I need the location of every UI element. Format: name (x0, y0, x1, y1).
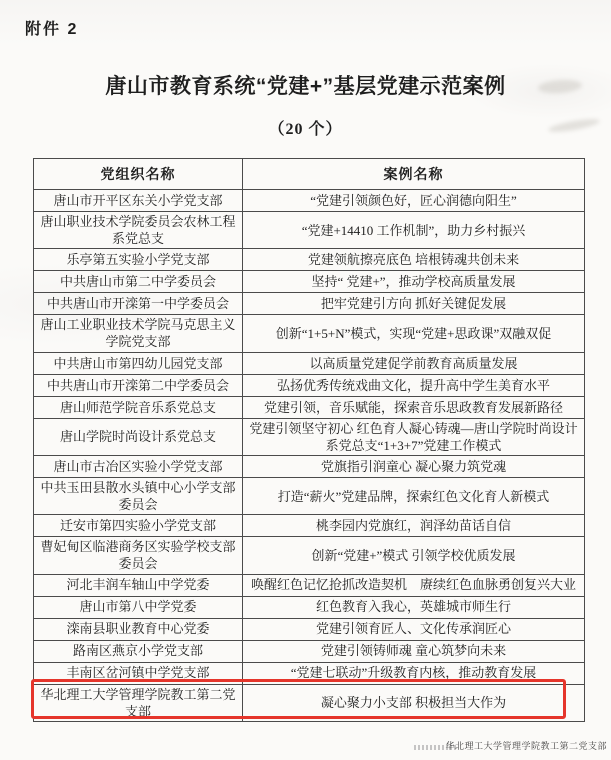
cases-table: 党组织名称 案例名称 唐山市开平区东关小学党支部“党建引领颜色好，匠心润德向阳生… (33, 158, 585, 722)
org-name-cell: 中共唐山市第四幼儿园党支部 (34, 352, 243, 374)
org-name-cell: 华北理工大学管理学院教工第二党支部 (34, 684, 243, 721)
table-row: 唐山职业技术学院委员会农林工程系党总支“党建+14410 工作机制”，助力乡村振… (34, 212, 585, 249)
case-name-cell: 创新“党建+”模式 引领学校优质发展 (243, 537, 585, 574)
table-row: 唐山工业职业技术学院马克思主义学院党支部创新“1+5+N”模式，实现“党建+思政… (34, 315, 585, 352)
org-name-cell: 路南区燕京小学党支部 (34, 640, 243, 662)
org-name-cell: 唐山师范学院音乐系党总支 (34, 396, 243, 418)
org-name-cell: 中共唐山市开滦第二中学委员会 (34, 374, 243, 396)
page-title: 唐山市教育系统“党建+”基层党建示范案例 (0, 70, 611, 100)
table-row: 中共玉田县散水头镇中心小学支部委员会打造“薪火”党建品牌，探索红色文化育人新模式 (34, 477, 585, 514)
org-name-cell: 唐山市第八中学党委 (34, 596, 243, 618)
case-name-cell: “党建引领颜色好，匠心润德向阳生” (243, 190, 585, 212)
table-row: 中共唐山市第四幼儿园党支部以高质量党建促学前教育高质量发展 (34, 352, 585, 374)
case-name-cell: 党旗指引润童心 凝心聚力筑党魂 (243, 455, 585, 477)
case-name-cell: 党建引领，音乐赋能，探索音乐思政教育发展新路径 (243, 396, 585, 418)
table-row: 乐亭第五实验小学党支部党建领航擦亮底色 培根铸魂共创未来 (34, 249, 585, 271)
table-row: 唐山师范学院音乐系党总支党建引领，音乐赋能，探索音乐思政教育发展新路径 (34, 396, 585, 418)
page-subtitle: （20 个） (0, 116, 611, 139)
org-name-cell: 滦南县职业教育中心党委 (34, 618, 243, 640)
org-name-cell: 中共唐山市第二中学委员会 (34, 271, 243, 293)
case-name-header: 案例名称 (243, 159, 585, 190)
attachment-label: 附件 2 (25, 16, 78, 39)
org-name-cell: 丰南区岔河镇中学党支部 (34, 662, 243, 684)
footer-watermark: 华北理工大学管理学院教工第二党支部 (445, 739, 607, 752)
case-name-cell: 凝心聚力小支部 积极担当大作为 (243, 684, 585, 721)
table-row: 唐山市开平区东关小学党支部“党建引领颜色好，匠心润德向阳生” (34, 190, 585, 212)
table-row: 中共唐山市第二中学委员会坚持“ 党建+”，推动学校高质量发展 (34, 271, 585, 293)
table-body: 唐山市开平区东关小学党支部“党建引领颜色好，匠心润德向阳生”唐山职业技术学院委员… (34, 190, 585, 722)
table-row: 滦南县职业教育中心党委党建引领育匠人、文化传承润匠心 (34, 618, 585, 640)
case-name-cell: 把牢党建引方向 抓好关键促发展 (243, 293, 585, 315)
org-name-cell: 乐亭第五实验小学党支部 (34, 249, 243, 271)
case-name-cell: 创新“1+5+N”模式，实现“党建+思政课”双融双促 (243, 315, 585, 352)
org-name-cell: 中共唐山市开滦第一中学委员会 (34, 293, 243, 315)
org-name-cell: 唐山市古冶区实验小学党支部 (34, 455, 243, 477)
case-name-cell: “党建七联动”升级教育内核，推动教育发展 (243, 662, 585, 684)
case-name-cell: 党建引领坚守初心 红色育人凝心铸魂—唐山学院时尚设计系党总支“1+3+7”党建工… (243, 418, 585, 455)
case-name-cell: “党建+14410 工作机制”，助力乡村振兴 (243, 212, 585, 249)
org-name-cell: 河北丰润车轴山中学党委 (34, 574, 243, 596)
table-row-highlighted: 华北理工大学管理学院教工第二党支部凝心聚力小支部 积极担当大作为 (34, 684, 585, 721)
case-name-cell: 红色教育入我心，英雄城市师生行 (243, 596, 585, 618)
case-name-cell: 桃李园内党旗红，润泽幼苗话自信 (243, 515, 585, 537)
table-row: 河北丰润车轴山中学党委唤醒红色记忆抢抓改造契机 赓续红色血脉勇创复兴大业 (34, 574, 585, 596)
org-name-cell: 中共玉田县散水头镇中心小学支部委员会 (34, 477, 243, 514)
org-name-cell: 迁安市第四实验小学党支部 (34, 515, 243, 537)
case-name-cell: 弘扬优秀传统戏曲文化，提升高中学生美育水平 (243, 374, 585, 396)
table-row: 迁安市第四实验小学党支部桃李园内党旗红，润泽幼苗话自信 (34, 515, 585, 537)
table-row: 曹妃甸区临港商务区实验学校支部委员会创新“党建+”模式 引领学校优质发展 (34, 537, 585, 574)
org-name-cell: 唐山市开平区东关小学党支部 (34, 190, 243, 212)
cases-table-container: 党组织名称 案例名称 唐山市开平区东关小学党支部“党建引领颜色好，匠心润德向阳生… (33, 158, 585, 722)
table-row: 唐山市古冶区实验小学党支部党旗指引润童心 凝心聚力筑党魂 (34, 455, 585, 477)
case-name-cell: 打造“薪火”党建品牌，探索红色文化育人新模式 (243, 477, 585, 514)
case-name-cell: 唤醒红色记忆抢抓改造契机 赓续红色血脉勇创复兴大业 (243, 574, 585, 596)
org-name-cell: 唐山工业职业技术学院马克思主义学院党支部 (34, 315, 243, 352)
case-name-cell: 以高质量党建促学前教育高质量发展 (243, 352, 585, 374)
table-row: 中共唐山市开滦第二中学委员会弘扬优秀传统戏曲文化，提升高中学生美育水平 (34, 374, 585, 396)
table-row: 中共唐山市开滦第一中学委员会把牢党建引方向 抓好关键促发展 (34, 293, 585, 315)
case-name-cell: 党建引领铸师魂 童心筑梦向未来 (243, 640, 585, 662)
case-name-cell: 党建领航擦亮底色 培根铸魂共创未来 (243, 249, 585, 271)
case-name-cell: 坚持“ 党建+”，推动学校高质量发展 (243, 271, 585, 293)
table-header-row: 党组织名称 案例名称 (34, 159, 585, 190)
org-name-cell: 唐山学院时尚设计系党总支 (34, 418, 243, 455)
org-name-cell: 曹妃甸区临港商务区实验学校支部委员会 (34, 537, 243, 574)
table-row: 唐山市第八中学党委红色教育入我心，英雄城市师生行 (34, 596, 585, 618)
case-name-cell: 党建引领育匠人、文化传承润匠心 (243, 618, 585, 640)
table-row: 丰南区岔河镇中学党支部“党建七联动”升级教育内核，推动教育发展 (34, 662, 585, 684)
org-name-header: 党组织名称 (34, 159, 243, 190)
table-row: 唐山学院时尚设计系党总支党建引领坚守初心 红色育人凝心铸魂—唐山学院时尚设计系党… (34, 418, 585, 455)
table-row: 路南区燕京小学党支部党建引领铸师魂 童心筑梦向未来 (34, 640, 585, 662)
org-name-cell: 唐山职业技术学院委员会农林工程系党总支 (34, 212, 243, 249)
